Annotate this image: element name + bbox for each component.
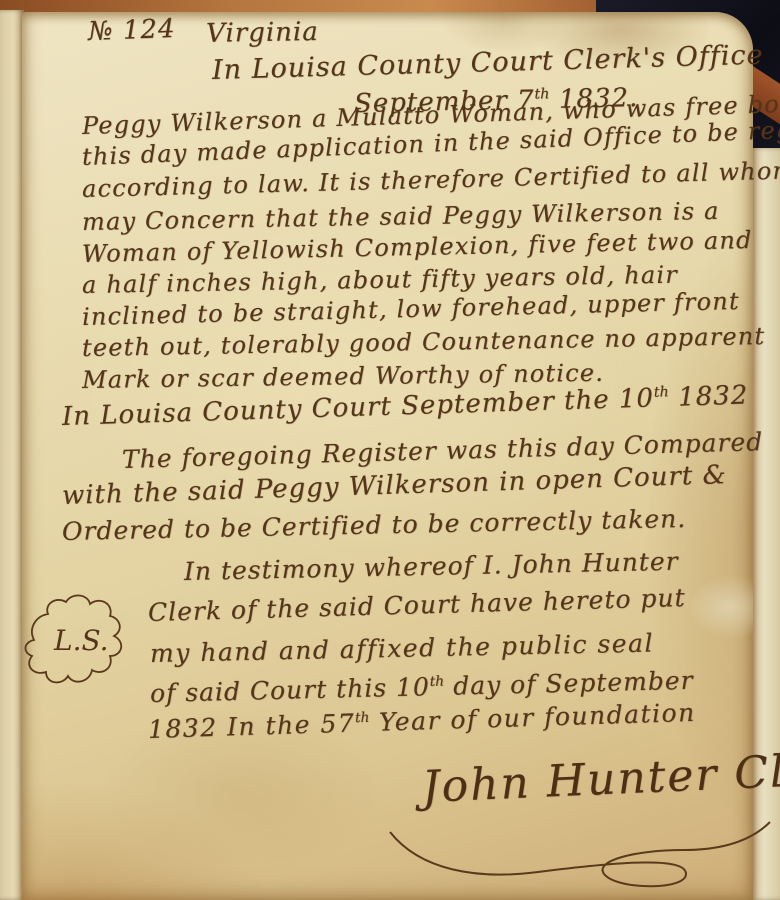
testimony-line: my hand and affixed the public seal — [150, 628, 655, 668]
register-number-line: № 124Virginia — [87, 9, 318, 47]
testimony-line: In testimony whereof I. John Hunter — [184, 547, 679, 586]
court-line: Ordered to be Certified to be correctly … — [62, 504, 687, 546]
underlying-page-left — [0, 10, 24, 900]
register-number: № 124 — [87, 14, 175, 47]
manuscript-page: № 124Virginia In Louisa County Court Cle… — [22, 12, 753, 900]
clerk-signature: John Hunter Clk — [421, 745, 780, 813]
testimony-line: Clerk of the said Court have hereto put — [148, 583, 686, 627]
state-name: Virginia — [205, 17, 318, 49]
signature-flourish — [380, 816, 776, 894]
seal-label: L.S. — [53, 624, 109, 657]
seal-mark: L.S. — [20, 594, 128, 692]
